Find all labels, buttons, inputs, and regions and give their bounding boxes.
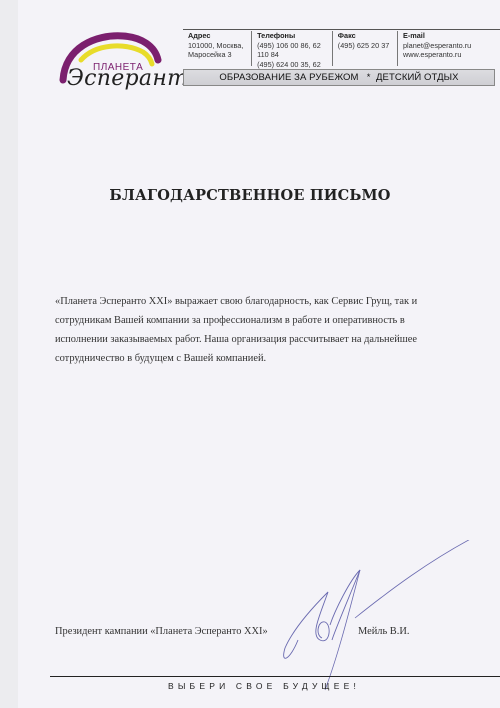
address-line: Маросейка 3 [188, 50, 251, 60]
phone-line: (495) 106 00 86, 62 110 84 [257, 41, 332, 60]
fax-label: Факс [338, 31, 397, 41]
services-band: ОБРАЗОВАНИЕ ЗА РУБЕЖОМ * ДЕТСКИЙ ОТДЫХ [183, 69, 495, 86]
fax-block: Факс (495) 625 20 37 [332, 31, 397, 66]
logo-big-text: Эсперанто [67, 66, 202, 91]
footer-rule [50, 676, 500, 677]
letterhead-contacts: Адрес 101000, Москва, Маросейка 3 Телефо… [183, 29, 500, 86]
email-block: E-mail planet@esperanto.ru www.esperanto… [397, 31, 500, 66]
fax-line: (495) 625 20 37 [338, 41, 397, 51]
letter-body: «Планета Эсперанто XXI» выражает свою бл… [55, 292, 475, 368]
signatory-name: Мейль В.И. [358, 626, 409, 637]
body-line: «Планета Эсперанто XXI» выражает свою бл… [55, 292, 475, 311]
phones-label: Телефоны [257, 31, 332, 41]
address-label: Адрес [188, 31, 251, 41]
scan-edge-strip [0, 0, 18, 708]
company-logo: ПЛАНЕТА Эсперанто [55, 30, 185, 90]
email-label: E-mail [403, 31, 500, 41]
body-line: сотрудникам Вашей компании за профессион… [55, 311, 475, 330]
body-line: исполнении заказываемых работ. Наша орга… [55, 330, 475, 349]
footer-slogan: ВЫБЕРИ СВОЕ БУДУЩЕЕ! [0, 681, 500, 691]
signatory-title: Президент кампании «Планета Эсперанто XX… [55, 626, 268, 637]
letterhead-top-rule [183, 29, 500, 30]
email-address: planet@esperanto.ru [403, 41, 500, 51]
address-block: Адрес 101000, Москва, Маросейка 3 [183, 31, 251, 66]
document-title: БЛАГОДАРСТВЕННОЕ ПИСЬМО [0, 187, 500, 204]
phones-block: Телефоны (495) 106 00 86, 62 110 84 (495… [251, 31, 332, 66]
website: www.esperanto.ru [403, 50, 500, 60]
body-line: сотрудничество в будущем с Вашей компани… [55, 349, 475, 368]
address-line: 101000, Москва, [188, 41, 251, 51]
